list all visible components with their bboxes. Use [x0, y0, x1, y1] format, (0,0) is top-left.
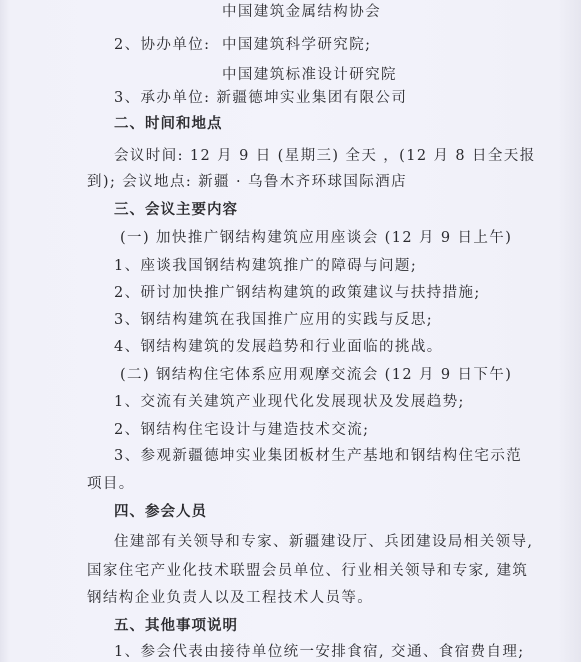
meeting-time-line: 会议时间: 12 月 9 日 (星期三) 全天 ，(12 月 8 日全天报 [114, 147, 536, 165]
attendees-line: 住建部有关领导和专家、新疆建设厅、兵团建设局相关领导, [114, 533, 533, 551]
attendees-line: 国家住宅产业化技术联盟会员单位、行业相关领导和专家, 建筑 [87, 562, 528, 580]
meeting-place-line: 到); 会议地点: 新疆 · 乌鲁木齐环球国际酒店 [87, 173, 407, 191]
co-organizer-2: 中国建筑标准设计研究院 [222, 66, 397, 84]
part1-item: 3、钢结构建筑在我国推广应用的实践与反思; [114, 311, 433, 329]
other-item: 1、参会代表由接待单位统一安排食宿, 交通、食宿费自理; [114, 643, 525, 661]
section-heading-attendees: 四、参会人员 [114, 503, 207, 521]
part1-item: 1、座谈我国钢结构建筑推广的障碍与问题; [114, 257, 417, 275]
section-heading-time-place: 二、时间和地点 [114, 115, 223, 133]
attendees-line: 钢结构企业负责人以及工程技术人员等。 [87, 589, 373, 607]
part2-item3-continued: 项目。 [87, 475, 135, 493]
section-heading-other: 五、其他事项说明 [114, 617, 238, 635]
co-organizer-1: 中国建筑科学研究院; [222, 36, 371, 54]
section-heading-content: 三、会议主要内容 [114, 201, 238, 219]
part2-item: 3、参观新疆德坤实业集团板材生产基地和钢结构住宅示范 [114, 447, 522, 465]
co-organizer-label: 2、协办单位: [114, 36, 210, 54]
part2-title: (二) 钢结构住宅体系应用观摩交流会 (12 月 9 日下午) [120, 366, 512, 384]
part1-title: (一) 加快推广钢结构建筑应用座谈会 (12 月 9 日上午) [120, 229, 512, 247]
part2-item: 1、交流有关建筑产业现代化发展现状及发展趋势; [114, 393, 465, 411]
part1-item: 2、研讨加快推广钢结构建筑的政策建议与扶持措施; [114, 284, 481, 302]
part1-item: 4、钢结构建筑的发展趋势和行业面临的挑战。 [114, 338, 443, 356]
document-page: 中国建筑金属结构协会 2、协办单位: 中国建筑科学研究院; 中国建筑标准设计研究… [0, 0, 581, 662]
host-organizer-continued: 中国建筑金属结构协会 [222, 3, 381, 21]
part2-item: 2、钢结构住宅设计与建造技术交流; [114, 421, 369, 439]
undertaker: 3、承办单位: 新疆德坤实业集团有限公司 [114, 89, 407, 107]
